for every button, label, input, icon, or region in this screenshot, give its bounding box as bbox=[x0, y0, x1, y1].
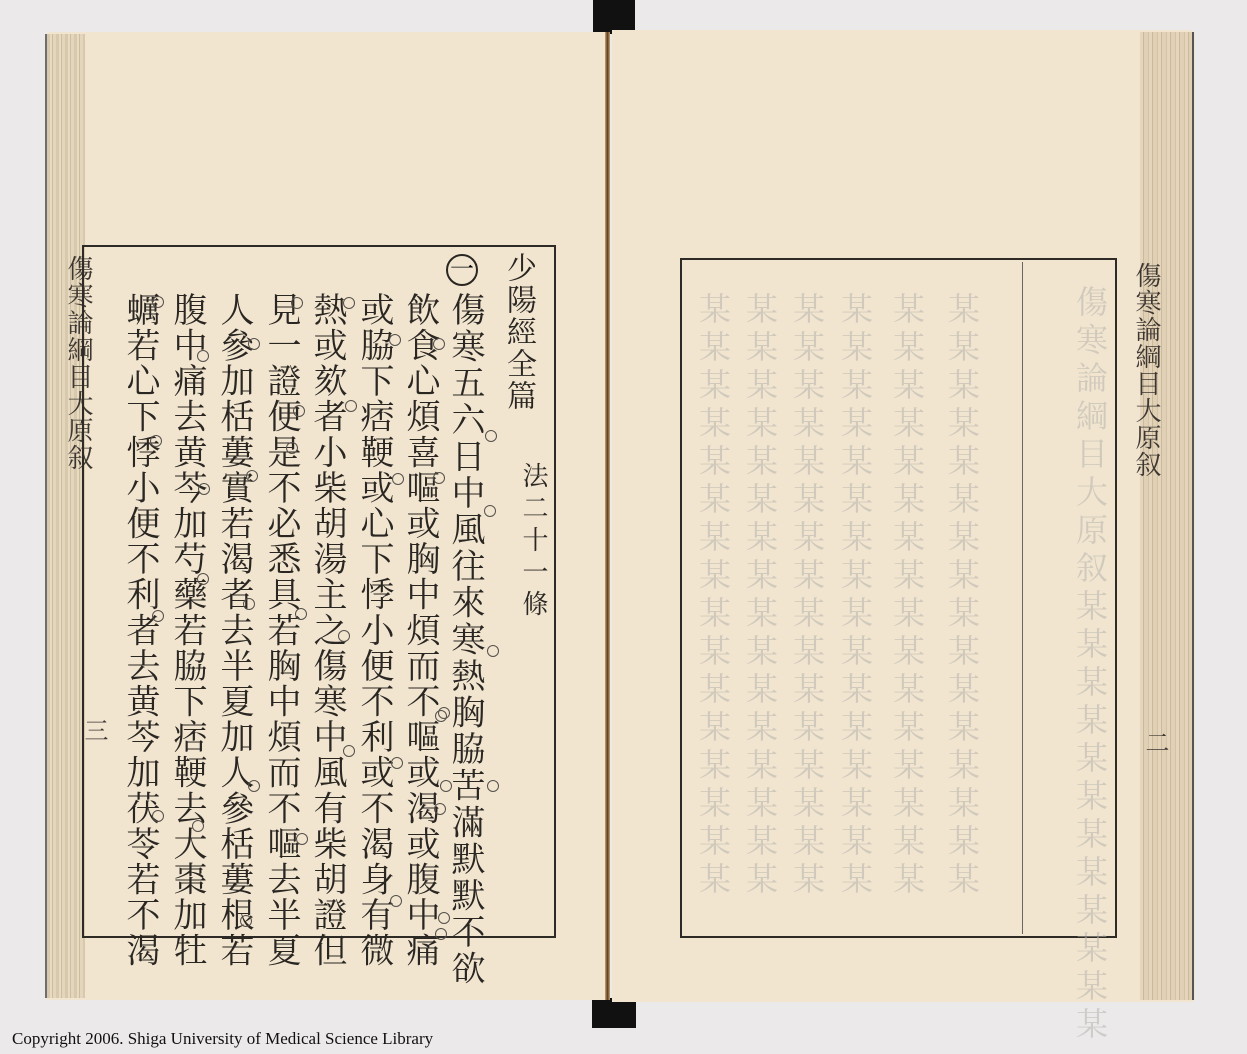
punctuation-mark bbox=[433, 338, 445, 350]
rule-count: 法二十一條 bbox=[513, 462, 553, 622]
punctuation-mark bbox=[152, 810, 164, 822]
bleed-through-text: 某某某某某某某某某某某某某某某某 bbox=[942, 292, 982, 900]
punctuation-mark bbox=[487, 645, 499, 657]
punctuation-mark bbox=[248, 780, 260, 792]
punctuation-mark bbox=[390, 895, 402, 907]
punctuation-mark bbox=[295, 608, 307, 620]
punctuation-mark bbox=[198, 483, 210, 495]
punctuation-mark bbox=[435, 928, 447, 940]
text-column-5: 見一證便是不必悉具若胸中煩而不嘔去半夏 bbox=[259, 292, 303, 968]
punctuation-mark bbox=[338, 630, 350, 642]
punctuation-mark bbox=[152, 296, 164, 308]
punctuation-mark bbox=[433, 472, 445, 484]
bleed-through-text: 傷寒論綱目大原叙某某某某某某某某某某某某 bbox=[1070, 285, 1110, 1045]
text-column-2: 飲食心煩喜嘔或胸中煩而不嘔或渴或腹中痛 bbox=[398, 292, 442, 968]
entry-number-marker: 一 bbox=[446, 254, 478, 286]
punctuation-mark bbox=[197, 573, 209, 585]
bleed-through-text: 某某某某某某某某某某某某某某某某 bbox=[787, 292, 827, 900]
punctuation-mark bbox=[487, 780, 499, 792]
bleed-through-text: 某某某某某某某某某某某某某某某某 bbox=[887, 292, 927, 900]
text-column-7: 腹中痛去黄芩加芍藥若脇下痞鞕去大棗加牡 bbox=[165, 292, 209, 968]
punctuation-mark bbox=[435, 710, 447, 722]
punctuation-mark bbox=[293, 405, 305, 417]
punctuation-mark bbox=[197, 350, 209, 362]
text-column-8: 蠣若心下悸小便不利者去黄芩加茯苓若不渴 bbox=[118, 292, 162, 968]
text-column-3: 或脇下痞鞕或心下悸小便不利或不渴身有微 bbox=[352, 292, 396, 968]
punctuation-mark bbox=[150, 435, 162, 447]
punctuation-mark bbox=[152, 610, 164, 622]
punctuation-mark bbox=[440, 780, 452, 792]
punctuation-mark bbox=[389, 334, 401, 346]
bleed-through-text: 某某某某某某某某某某某某某某某某 bbox=[740, 292, 780, 900]
punctuation-mark bbox=[343, 297, 355, 309]
copyright-notice: Copyright 2006. Shiga University of Medi… bbox=[12, 1029, 433, 1049]
punctuation-mark bbox=[243, 598, 255, 610]
punctuation-mark bbox=[392, 473, 404, 485]
binding-ribbon-top bbox=[593, 0, 635, 34]
text-column-6: 人參加栝蔞實若渴者去半夏加人參栝蔞根若 bbox=[212, 292, 256, 968]
chapter-title: 少陽經全篇 bbox=[498, 252, 538, 412]
punctuation-mark bbox=[434, 803, 446, 815]
text-column-1: 傷寒五六日中風往來寒熱胸脇苦滿默默不欲 bbox=[443, 292, 487, 987]
left-page-stack-edge bbox=[45, 34, 85, 998]
punctuation-mark bbox=[485, 430, 497, 442]
punctuation-mark bbox=[246, 470, 258, 482]
punctuation-mark bbox=[296, 833, 308, 845]
punctuation-mark bbox=[240, 915, 252, 927]
right-fore-edge-title: 傷寒論綱目大原叙 bbox=[1126, 262, 1166, 478]
spine-gutter bbox=[605, 32, 610, 1000]
bleed-through-text: 某某某某某某某某某某某某某某某某 bbox=[693, 292, 733, 900]
bleed-through-text: 某某某某某某某某某某某某某某某某 bbox=[835, 292, 875, 900]
punctuation-mark bbox=[391, 757, 403, 769]
right-frame-column-rule bbox=[1022, 262, 1023, 934]
punctuation-mark bbox=[286, 442, 298, 454]
punctuation-mark bbox=[192, 820, 204, 832]
punctuation-mark bbox=[291, 297, 303, 309]
punctuation-mark bbox=[484, 505, 496, 517]
punctuation-mark bbox=[438, 912, 450, 924]
binding-ribbon-bottom bbox=[592, 998, 636, 1028]
right-fore-edge-page-mark: 二 bbox=[1135, 730, 1175, 755]
right-page-stack-edge bbox=[1140, 32, 1194, 1000]
punctuation-mark bbox=[343, 745, 355, 757]
punctuation-mark bbox=[345, 400, 357, 412]
punctuation-mark bbox=[248, 338, 260, 350]
